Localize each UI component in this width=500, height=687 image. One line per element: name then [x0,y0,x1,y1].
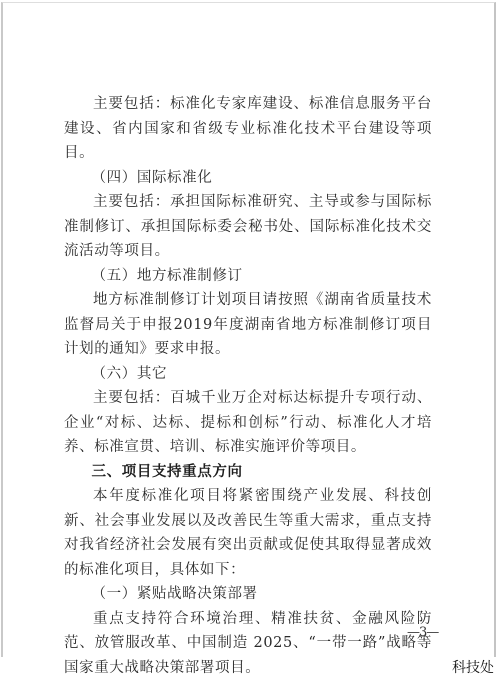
paragraph-local-standards: 地方标准制修订计划项目请按照《湖南省质量技术监督局关于申报2019年度湖南省地方… [64,288,432,362]
subheading-international-standardization: （四）国际标准化 [64,166,432,191]
paragraph-strategic-decisions: 重点支持符合环境治理、精准扶贫、金融风险防范、放管服改革、中国制造 2025、“… [64,607,432,681]
subheading-other: （六）其它 [64,362,432,387]
subheading-local-standards: （五）地方标准制修订 [64,264,432,289]
document-page: 主要包括：标准化专家库建设、标准信息服务平台建设、省内国家和省级专业标准化技术平… [1,2,496,657]
paragraph-international-standardization: 主要包括：承担国际标准研究、主导或参与国际标准制修订、承担国际标委会秘书处、国际… [64,190,432,264]
document-body: 主要包括：标准化专家库建设、标准信息服务平台建设、省内国家和省级专业标准化技术平… [64,92,432,680]
source-watermark: 科技处 [452,657,494,677]
paragraph-platform-construction: 主要包括：标准化专家库建设、标准信息服务平台建设、省内国家和省级专业标准化技术平… [64,92,432,166]
subheading-strategic-decisions: （一）紧贴战略决策部署 [64,582,432,607]
page-number: —3— [407,625,438,640]
paragraph-other: 主要包括：百城千业万企对标达标提升专项行动、企业“对标、达标、提标和创标”行动、… [64,386,432,460]
section-heading-key-directions: 三、项目支持重点方向 [64,460,432,485]
paragraph-key-directions-intro: 本年度标准化项目将紧密围绕产业发展、科技创新、社会事业发展以及改善民生等重大需求… [64,484,432,582]
